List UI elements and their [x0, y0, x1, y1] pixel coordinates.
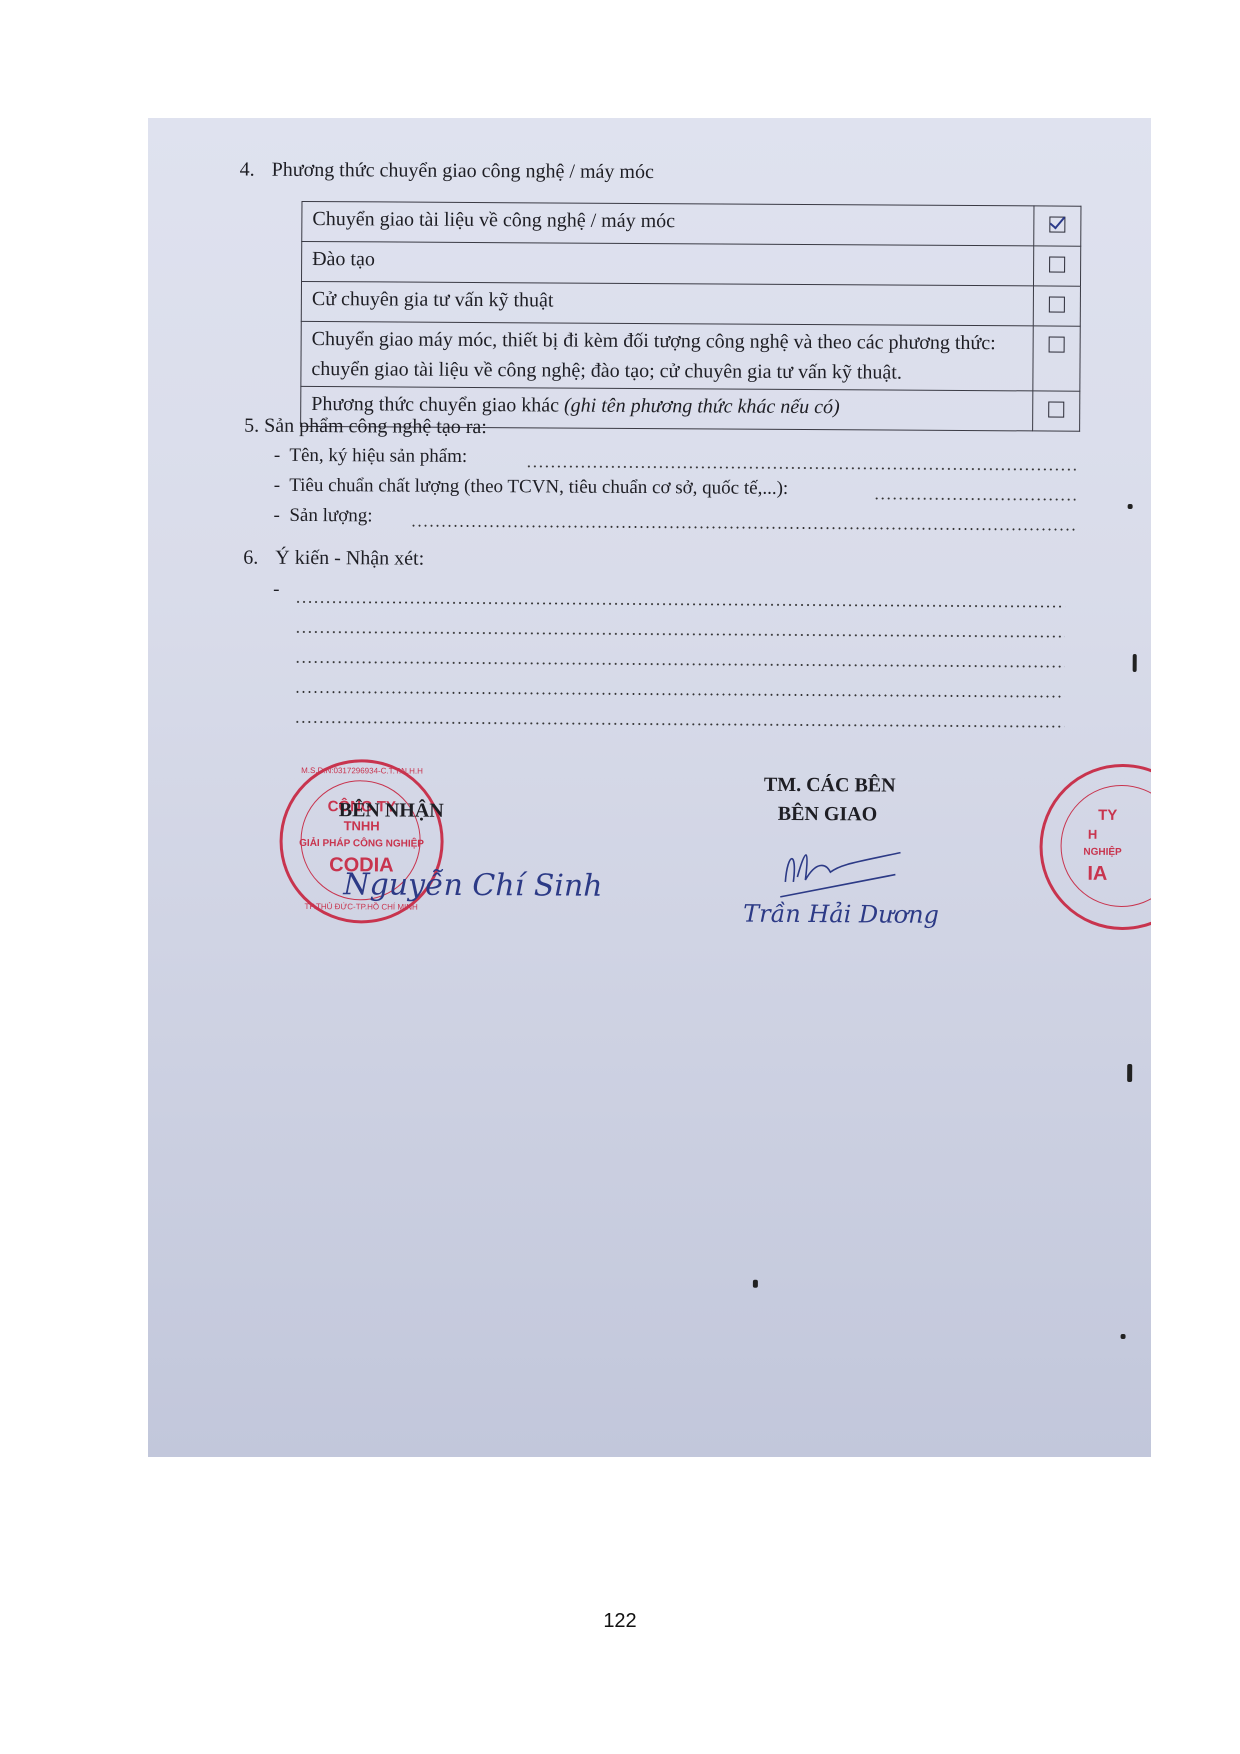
- receiver-signature: Nguyễn Chí Sinh: [343, 867, 602, 904]
- partial-company-stamp: TY H NGHIỆP IA: [1039, 763, 1151, 930]
- receiver-label: BÊN NHẬN: [339, 799, 444, 823]
- output-field: - Sản lượng:: [274, 505, 373, 528]
- product-name-field: - Tên, ký hiệu sản phẩm:: [274, 445, 467, 468]
- paper-speck: [753, 1280, 758, 1288]
- section-5-title: 5. Sản phẩm công nghệ tạo ra:: [244, 415, 487, 439]
- method-label: Chuyển giao tài liệu về công nghệ / máy …: [302, 201, 1034, 245]
- field-label: Tên, ký hiệu sản phẩm:: [289, 445, 467, 467]
- checkbox-icon[interactable]: [1048, 402, 1064, 418]
- method-label: Chuyển giao máy móc, thiết bị đi kèm đối…: [301, 321, 1033, 390]
- section-6-title: 6.Ý kiến - Nhận xét:: [243, 547, 424, 571]
- stamp-text: H: [983, 826, 1151, 842]
- section-number: 5.: [244, 415, 259, 437]
- checkbox-checked-icon[interactable]: [1049, 217, 1065, 233]
- stamp-text: TY: [1013, 806, 1151, 824]
- comment-line[interactable]: [294, 721, 1064, 728]
- product-name-blank[interactable]: [526, 465, 1076, 470]
- section-number: 4.: [240, 159, 272, 182]
- deliverer-label: BÊN GIAO: [778, 803, 878, 827]
- paper-speck: [1128, 504, 1133, 509]
- stamp-text: NGHIỆP: [1003, 846, 1151, 858]
- comment-bullet: -: [273, 579, 279, 601]
- checkbox-icon[interactable]: [1049, 297, 1065, 313]
- comment-line[interactable]: [295, 631, 1065, 638]
- section-title-text: Phương thức chuyển giao công nghệ / máy …: [272, 159, 654, 183]
- quality-standard-blank[interactable]: [874, 497, 1076, 500]
- method-label: Cử chuyên gia tư vấn kỹ thuật: [301, 281, 1033, 325]
- transfer-methods-table: Chuyển giao tài liệu về công nghệ / máy …: [300, 201, 1081, 432]
- output-blank[interactable]: [411, 525, 1076, 531]
- section-title-text: Sản phẩm công nghệ tạo ra:: [264, 415, 487, 438]
- quality-standard-field: - Tiêu chuẩn chất lượng (theo TCVN, tiêu…: [274, 475, 789, 500]
- comment-line[interactable]: [295, 601, 1065, 608]
- paper-speck: [1121, 1334, 1126, 1339]
- paper-speck: [1127, 1064, 1132, 1082]
- page-number: 122: [0, 1610, 1240, 1633]
- table-row: Cử chuyên gia tư vấn kỹ thuật: [301, 281, 1080, 326]
- comment-line[interactable]: [295, 661, 1065, 668]
- comment-line[interactable]: [294, 691, 1064, 698]
- checkbox-icon[interactable]: [1049, 257, 1065, 273]
- section-number: 6.: [243, 547, 275, 570]
- table-row: Đào tạo: [302, 241, 1081, 286]
- method-label: Đào tạo: [302, 241, 1034, 285]
- table-row: Chuyển giao máy móc, thiết bị đi kèm đối…: [301, 321, 1080, 391]
- stamp-ring-text: M.S.D.N:0317296934-C.T.T.N.H.H: [283, 766, 441, 776]
- deliverer-signature-scribble: [775, 842, 915, 903]
- field-label: Sản lượng:: [289, 505, 372, 527]
- stamp-ring-text: TP.THỦ ĐỨC-TP.HỒ CHÍ MINH: [282, 902, 440, 912]
- field-label: Tiêu chuẩn chất lượng (theo TCVN, tiêu c…: [289, 475, 788, 499]
- deliverer-signature: Trần Hải Dương: [743, 900, 939, 929]
- section-title-text: Ý kiến - Nhận xét:: [275, 547, 424, 570]
- stamp-text: IA: [992, 862, 1151, 886]
- paper-speck: [1133, 654, 1137, 672]
- table-row: Chuyển giao tài liệu về công nghệ / máy …: [302, 201, 1081, 246]
- section-4-title: 4.Phương thức chuyển giao công nghệ / má…: [240, 159, 654, 185]
- parties-header: TM. CÁC BÊN: [764, 774, 896, 798]
- scanned-page-photo: 4.Phương thức chuyển giao công nghệ / má…: [148, 118, 1151, 1457]
- method-note: (ghi tên phương thức khác nếu có): [564, 395, 840, 419]
- stamp-text: GIẢI PHÁP CÔNG NGHIỆP: [283, 838, 441, 850]
- checkbox-icon[interactable]: [1049, 337, 1065, 353]
